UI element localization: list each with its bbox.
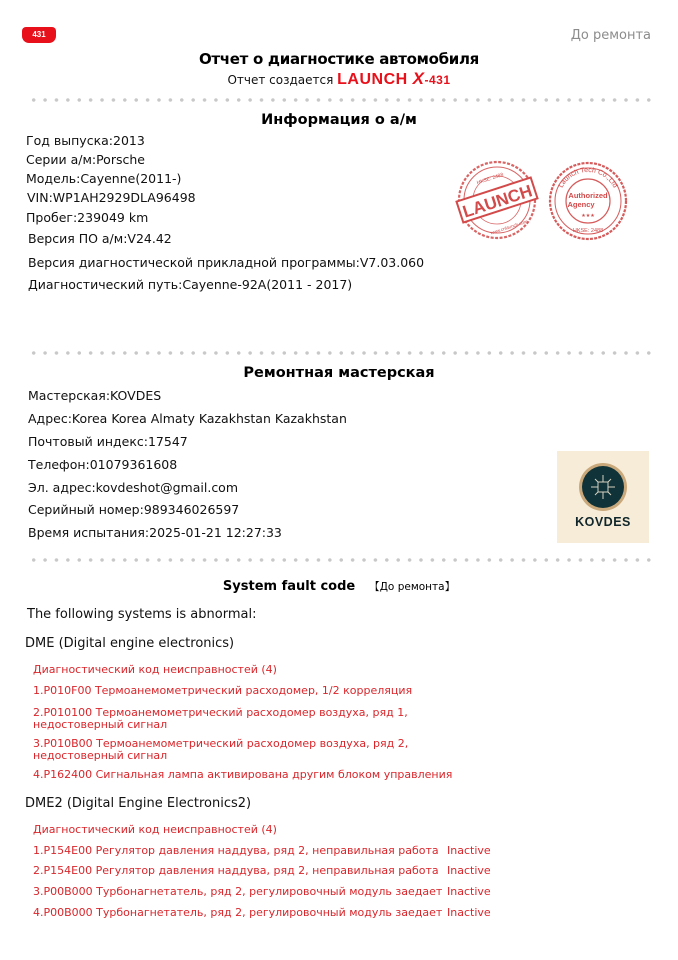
fault-code-item: 1.P154E00 Регулятор давления наддува, ря… bbox=[33, 844, 439, 857]
fault-count: Диагностический код неисправностей (4) bbox=[33, 823, 277, 836]
report-subtitle: Отчет создается LAUNCH X-431 bbox=[0, 69, 678, 89]
svg-text:★★★: ★★★ bbox=[581, 213, 595, 219]
workshop-email: Эл. адрес:kovdeshot@gmail.com bbox=[28, 480, 238, 495]
fault-status-tag: 【До ремонта】 bbox=[369, 581, 455, 593]
svg-text:Authorized: Authorized bbox=[568, 191, 608, 200]
fault-code-item: 1.P010F00 Термоанемометрический расходом… bbox=[33, 684, 412, 697]
fault-status: Inactive bbox=[447, 844, 491, 857]
fault-code-item: 4.P00B000 Турбонагнетатель, ряд 2, регул… bbox=[33, 906, 442, 919]
vehicle-vin: VIN:WP1AH2929DLA96498 bbox=[27, 190, 196, 205]
fault-title-text: System fault code bbox=[223, 579, 355, 594]
device-serial-number: Серийный номер:989346026597 bbox=[28, 502, 239, 517]
fault-code-item: 3.P00B000 Турбонагнетатель, ряд 2, регул… bbox=[33, 885, 442, 898]
svg-text:HKSE: 2488: HKSE: 2488 bbox=[476, 172, 504, 186]
workshop-address: Адрес:Korea Korea Almaty Kazakhstan Kaza… bbox=[28, 411, 347, 426]
abnormal-intro: The following systems is abnormal: bbox=[27, 607, 256, 622]
fault-code-item-cont: недостоверный сигнал bbox=[33, 718, 167, 731]
fault-status: Inactive bbox=[447, 864, 491, 877]
system-name: DME (Digital engine electronics) bbox=[25, 636, 234, 651]
fault-code-item: 4.P162400 Сигнальная лампа активирована … bbox=[33, 768, 452, 781]
workshop-postal-code: Почтовый индекс:17547 bbox=[28, 434, 188, 449]
svg-text:www.cnlaunch.com: www.cnlaunch.com bbox=[490, 219, 528, 236]
report-title: Отчет о диагностике автомобиля bbox=[0, 50, 678, 68]
launch-stamp-icon: LAUNCH HKSE: 2488 www.cnlaunch.com bbox=[452, 157, 542, 243]
vehicle-model: Модель:Cayenne(2011-) bbox=[26, 171, 181, 186]
fault-code-item-cont: недостоверный сигнал bbox=[33, 749, 167, 762]
vehicle-year: Год выпуска:2013 bbox=[26, 133, 145, 148]
vehicle-software-version: Версия ПО а/м:V24.42 bbox=[28, 231, 172, 246]
fault-code-item: 2.P154E00 Регулятор давления наддува, ря… bbox=[33, 864, 439, 877]
subtitle-prefix: Отчет создается bbox=[227, 73, 333, 87]
authorized-agency-stamp-icon: Launch Tech Co.,Ltd Authorized Agency ★★… bbox=[545, 160, 631, 242]
system-name: DME2 (Digital Engine Electronics2) bbox=[25, 796, 251, 811]
workshop-name: Мастерская:KOVDES bbox=[28, 388, 161, 403]
vehicle-mileage: Пробег:239049 km bbox=[26, 210, 148, 225]
dotted-divider bbox=[28, 351, 656, 355]
test-time: Время испытания:2025-01-21 12:27:33 bbox=[28, 525, 282, 540]
fault-code-title: System fault code【До ремонта】 bbox=[0, 579, 678, 594]
fault-status: Inactive bbox=[447, 885, 491, 898]
launch-x431-logo: LAUNCH X-431 bbox=[337, 71, 450, 88]
workshop-logo: KOVDES bbox=[557, 451, 649, 543]
svg-text:HKSE: 2488: HKSE: 2488 bbox=[573, 228, 603, 234]
workshop-title: Ремонтная мастерская bbox=[0, 365, 678, 381]
launch-431-badge: 431 bbox=[22, 27, 56, 43]
vehicle-series: Серии а/м:Porsche bbox=[26, 152, 145, 167]
fault-count: Диагностический код неисправностей (4) bbox=[33, 663, 277, 676]
diagnostic-path: Диагностический путь:Cayenne-92A(2011 - … bbox=[28, 277, 352, 292]
logo-emblem-icon bbox=[582, 466, 624, 508]
fault-status: Inactive bbox=[447, 906, 491, 919]
dotted-divider bbox=[28, 98, 656, 102]
workshop-phone: Телефон:01079361608 bbox=[28, 457, 177, 472]
workshop-logo-text: KOVDES bbox=[557, 515, 649, 529]
svg-text:Agency: Agency bbox=[567, 200, 595, 209]
dotted-divider bbox=[28, 558, 656, 562]
diagnostic-app-version: Версия диагностической прикладной програ… bbox=[28, 255, 424, 270]
repair-status-label: До ремонта bbox=[571, 28, 651, 43]
vehicle-info-title: Информация о а/м bbox=[0, 112, 678, 128]
